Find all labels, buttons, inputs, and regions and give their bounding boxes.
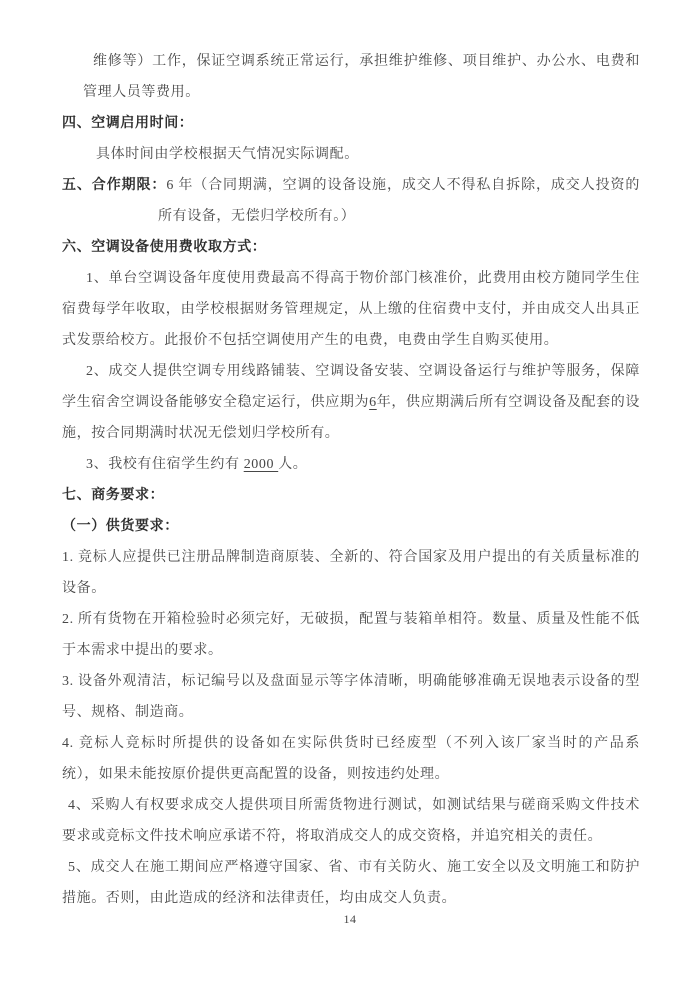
heading-section-4: 四、空调启用时间：	[62, 108, 640, 139]
text-run: 3、我校有住宿学生约有	[86, 457, 244, 472]
para-maintenance-continuation: 维修等）工作，保证空调系统正常运行，承担维护维修、项目维护、办公水、电费和管理人…	[62, 46, 640, 108]
text-run: 七、商务要求：	[62, 488, 164, 503]
text-run: 4、采购人有权要求成交人提供项目所需货物进行测试，如测试结果与磋商采购文件技术要…	[62, 798, 640, 844]
document-page: 维修等）工作，保证空调系统正常运行，承担维护维修、项目维护、办公水、电费和管理人…	[0, 0, 700, 990]
text-run: 5、成交人在施工期间应严格遵守国家、省、市有关防火、施工安全以及文明施工和防护措…	[62, 860, 640, 906]
text-run: 3. 设备外观清洁，标记编号以及盘面显示等字体清晰，明确能够准确无误地表示设备的…	[62, 674, 640, 720]
text-run: 1、单台空调设备年度使用费最高不得高于物价部门核准价，此费用由校方随同学生住宿费…	[62, 271, 640, 348]
text-run: 6 年（合同期满，空调的设备设施，成交人不得私自拆除，成交人投资的所有设备，无偿…	[158, 178, 640, 224]
document-body: 维修等）工作，保证空调系统正常运行，承担维护维修、项目维护、办公水、电费和管理人…	[62, 46, 640, 914]
text-run: 1. 竞标人应提供已注册品牌制造商原装、全新的、符合国家及用户提出的有关质量标准…	[62, 550, 640, 596]
heading-section-6: 六、空调设备使用费收取方式：	[62, 232, 640, 263]
text-run: 六、空调设备使用费收取方式：	[62, 240, 266, 255]
page-number: 14	[0, 912, 700, 927]
para-supply-item-4b: 4、采购人有权要求成交人提供项目所需货物进行测试，如测试结果与磋商采购文件技术要…	[62, 790, 640, 852]
para-supply-item-3: 3. 设备外观清洁，标记编号以及盘面显示等字体清晰，明确能够准确无误地表示设备的…	[62, 666, 640, 728]
para-fee-item-1: 1、单台空调设备年度使用费最高不得高于物价部门核准价，此费用由校方随同学生住宿费…	[62, 263, 640, 356]
text-run: 4. 竞标人竞标时所提供的设备如在实际供货时已经废型（不列入该厂家当时的产品系统…	[62, 736, 640, 782]
para-supply-item-5: 5、成交人在施工期间应严格遵守国家、省、市有关防火、施工安全以及文明施工和防护措…	[62, 852, 640, 914]
para-supply-item-2: 2. 所有货物在开箱检验时必须完好，无破损，配置与装箱单相符。数量、质量及性能不…	[62, 604, 640, 666]
para-supply-item-1: 1. 竞标人应提供已注册品牌制造商原装、全新的、符合国家及用户提出的有关质量标准…	[62, 542, 640, 604]
heading-supply-requirements: （一）供货要求：	[62, 511, 640, 542]
para-fee-item-2: 2、成交人提供空调专用线路铺装、空调设备安装、空调设备运行与维护等服务，保障学生…	[62, 356, 640, 449]
text-run: 6	[369, 395, 377, 410]
para-section-5-cooperation-term: 五、合作期限：6 年（合同期满，空调的设备设施，成交人不得私自拆除，成交人投资的…	[62, 170, 640, 232]
heading-section-7: 七、商务要求：	[62, 480, 640, 511]
text-run: 具体时间由学校根据天气情况实际调配。	[96, 147, 359, 162]
text-run: 2000	[244, 457, 279, 472]
text-run: 五、合作期限：	[62, 178, 166, 193]
para-section-4-body: 具体时间由学校根据天气情况实际调配。	[62, 139, 640, 170]
text-run: 人。	[278, 457, 307, 472]
text-run: 维修等）工作，保证空调系统正常运行，承担维护维修、项目维护、办公水、电费和管理人…	[83, 54, 640, 100]
text-run: （一）供货要求：	[62, 519, 179, 534]
text-run: 2. 所有货物在开箱检验时必须完好，无破损，配置与装箱单相符。数量、质量及性能不…	[62, 612, 640, 658]
para-fee-item-3: 3、我校有住宿学生约有 2000 人。	[62, 449, 640, 480]
para-supply-item-4a: 4. 竞标人竞标时所提供的设备如在实际供货时已经废型（不列入该厂家当时的产品系统…	[62, 728, 640, 790]
text-run: 四、空调启用时间：	[62, 116, 193, 131]
